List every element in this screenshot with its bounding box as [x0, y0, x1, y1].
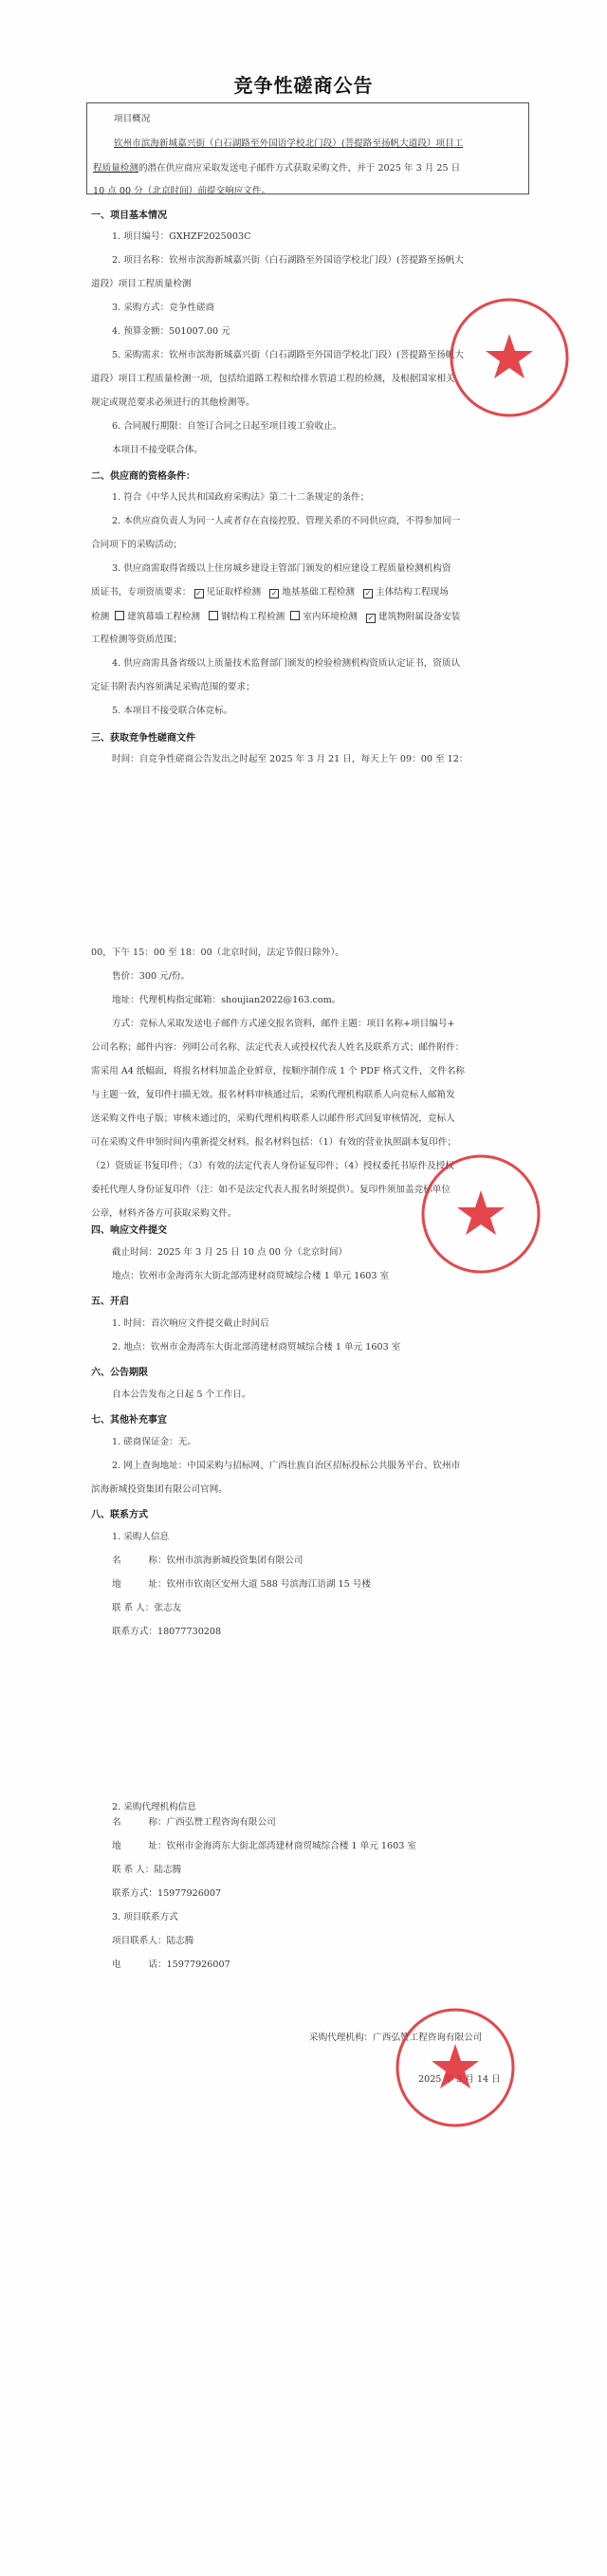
label: 地 址：	[112, 1841, 167, 1851]
method-line-2: 公司名称；邮件内容：列明公司名称、法定代表人或授权代表人姓名及联系方式；邮件附件…	[91, 1042, 464, 1054]
project-contact-person: 项目联系人：陆志腾	[112, 1936, 193, 1947]
document-price: 售价：300 元/份。	[112, 971, 190, 983]
procurement-method: 3. 采购方式：竞争性磋商	[112, 303, 214, 314]
section-6-heading: 六、公告期限	[91, 1364, 148, 1378]
qualification-3-line-4: 工程检测等资质范围；	[91, 635, 182, 646]
agency-phone: 联系方式：15977926007	[112, 1888, 221, 1900]
value: 陆志腾	[154, 1865, 181, 1875]
company-seal-stamp-1	[448, 296, 571, 419]
label: 电 话：	[112, 1960, 167, 1970]
checkbox-label: 建筑物附属设备安装	[378, 612, 460, 622]
section-3-heading: 三、获取竞争性磋商文件	[91, 729, 195, 744]
summary-line-3: 10 点 00 分（北京时间）前提交响应文件。	[93, 186, 270, 197]
no-consortium-note: 本项目不接受联合体。	[112, 445, 203, 456]
purchaser-address: 地 址：钦州市钦南区安州大道 588 号滨海江语湖 15 号楼	[112, 1579, 371, 1591]
opening-location: 2. 地点：钦州市金海湾东大街北部湾建材商贸城综合楼 1 单元 1603 室	[112, 1342, 400, 1353]
method-line-9: 公章，材料齐备方可获取采购文件。	[91, 1208, 237, 1220]
online-query-line-2: 滨海新城投资集团有限公司官网。	[91, 1484, 228, 1496]
method-line-4: 与主题一致，复印件扫描无效。报名材料审核通过后，采购代理机构联系人向竞标人邮箱发	[91, 1090, 455, 1101]
seal-icon	[394, 2006, 517, 2129]
section-1-heading: 一、项目基本情况	[91, 207, 167, 221]
checkbox-main-structure: ✓	[363, 589, 373, 598]
checkbox-foundation: ✓	[269, 589, 279, 598]
document-title: 竞争性磋商公告	[0, 70, 607, 98]
purchaser-heading: 1. 采购人信息	[112, 1532, 169, 1543]
summary-project-name-end: 程质量检测	[93, 163, 138, 174]
requirement-line-3: 规定或规范要求必须进行的其他检测等。	[91, 397, 255, 409]
checkbox-curtain-wall	[115, 611, 124, 620]
opening-time: 1. 时间：首次响应文件提交截止时间后	[112, 1318, 269, 1330]
summary-line-2: 程质量检测的潜在供应商应采取发送电子邮件方式获取采购文件，并于 2025 年 3…	[93, 163, 460, 175]
notice-period: 自本公告发布之日起 5 个工作日。	[112, 1389, 251, 1401]
online-query-line-1: 2. 网上查询地址：中国采购与招标网、广西壮族自治区招标投标公共服务平台、钦州市	[112, 1461, 460, 1472]
company-seal-stamp-3	[394, 2006, 517, 2129]
value: 张志友	[154, 1603, 181, 1613]
value: 15977926007	[157, 1888, 221, 1899]
section-4-heading: 四、响应文件提交	[91, 1222, 167, 1236]
qualification-1: 1. 符合《中华人民共和国政府采购法》第二十二条规定的条件；	[112, 492, 369, 504]
section-2-heading: 二、供应商的资格条件：	[91, 468, 195, 482]
label: 地 址：	[112, 1579, 167, 1590]
qualification-4-line-1: 4. 供应商需具备省级以上质量技术监督部门颁发的检验检测机构资质认定证书，资质认	[112, 658, 460, 670]
budget-amount: 4. 预算金额：501007.00 元	[112, 326, 230, 338]
section-8-heading: 八、联系方式	[91, 1506, 148, 1520]
seal-icon	[448, 296, 571, 419]
checkbox-label: 地基基础工程检测	[282, 587, 355, 598]
checkbox-building-equipment: ✓	[366, 614, 376, 623]
purchaser-contact: 联 系 人：张志友	[112, 1603, 181, 1614]
agency-heading: 2. 采购代理机构信息	[112, 1802, 196, 1813]
label: 名 称：	[112, 1817, 167, 1828]
checkbox-steel-structure	[209, 611, 218, 620]
value: 18077730208	[157, 1627, 221, 1637]
label: 名 称：	[112, 1555, 167, 1566]
label: 项目联系人：	[112, 1936, 167, 1946]
project-name-line-1: 2. 项目名称：钦州市滨海新城嘉兴街（白石湖路至外国语学校北门段）(菩提路至扬帆…	[112, 255, 464, 267]
qualification-prefix-2: 检测	[91, 612, 109, 622]
method-line-6: 可在采购文件申领时间内重新提交材料。报名材料包括：（1）有效的营业执照副本复印件…	[91, 1137, 456, 1149]
summary-project-name: 钦州市滨海新城嘉兴街（白石湖路至外国语学校北门段）(菩提路至扬帆大道段）项目工	[114, 138, 463, 150]
section-7-heading: 七、其他补充事宜	[91, 1411, 167, 1426]
method-line-5: 送采购文件电子版；审核未通过的，采购代理机构联系人以邮件形式回复审核情况，竞标人	[91, 1113, 455, 1125]
agency-contact: 联 系 人：陆志腾	[112, 1865, 181, 1876]
section-5-heading: 五、开启	[91, 1293, 129, 1307]
method-line-3: 需采用 A4 纸幅面，将报名材料加盖企业鲜章，按顺序制作成 1 个 PDF 格式…	[91, 1066, 465, 1077]
value: 钦州市金海湾东大街北部湾建材商贸城综合楼 1 单元 1603 室	[167, 1841, 416, 1851]
checkbox-indoor-environment	[290, 611, 300, 620]
value: 钦州市钦南区安州大道 588 号滨海江语湖 15 号楼	[167, 1579, 371, 1590]
purchaser-name: 名 称：钦州市滨海新城投资集团有限公司	[112, 1555, 303, 1567]
qualification-2-line-1: 2. 本供应商负责人为同一人或者存在直接控股、管理关系的不同供应商，不得参加同一	[112, 516, 460, 527]
project-number: 1. 项目编号：GXHZF2025003C	[112, 231, 250, 243]
deposit: 1. 磋商保证金：无。	[112, 1437, 196, 1448]
summary-line-2-text: 的潜在供应商应采取发送电子邮件方式获取采购文件，并于 2025 年 3 月 25…	[138, 163, 460, 174]
checkbox-label: 建筑幕墙工程检测	[127, 612, 200, 622]
checkbox-label: 室内环境检测	[303, 612, 358, 622]
purchaser-phone: 联系方式：18077730208	[112, 1627, 221, 1638]
qualification-5: 5. 本项目不接受联合体竞标。	[112, 706, 232, 717]
qualification-4-line-2: 定证书附表内容须满足采购范围的要求；	[91, 682, 255, 693]
qualification-2-line-2: 合同项下的采购活动；	[91, 540, 182, 551]
qualification-3-line-2: 质证书，专项资质要求：✓见证取样检测 ✓地基基础工程检测 ✓主体结构工程现场	[91, 587, 449, 598]
project-name-line-2: 道段）项目工程质量检测	[91, 279, 192, 290]
label: 联系方式：	[112, 1627, 157, 1637]
label: 联 系 人：	[112, 1603, 154, 1613]
agency-name: 名 称：广西弘赞工程咨询有限公司	[112, 1817, 276, 1829]
checkbox-label: 见证取样检测	[207, 587, 262, 598]
value: 15977926007	[167, 1960, 230, 1970]
qualification-prefix: 质证书，专项资质要求：	[91, 587, 192, 598]
value: 钦州市滨海新城投资集团有限公司	[167, 1555, 303, 1566]
checkbox-label: 钢结构工程检测	[221, 612, 285, 622]
company-seal-stamp-2	[419, 1152, 543, 1276]
qualification-3-line-1: 3. 供应商需取得省级以上住房城乡建设主管部门颁发的相应建设工程质量检测机构资	[112, 563, 451, 575]
contract-period: 6. 合同履行期限：自签订合同之日起至项目竣工验收止。	[112, 421, 341, 432]
checkbox-witness-sampling: ✓	[194, 589, 204, 598]
acquisition-time-line-2: 00，下午 15：00 至 18：00（北京时间，法定节假日除外）。	[91, 948, 344, 959]
label: 联系方式：	[112, 1888, 157, 1899]
label: 联 系 人：	[112, 1865, 154, 1875]
submission-location: 地点：钦州市金海湾东大街北部湾建材商贸城综合楼 1 单元 1603 室	[112, 1271, 389, 1282]
project-contact-phone: 电 话：15977926007	[112, 1960, 230, 1971]
method-line-8: 委托代理人身份证复印件（注：如不是法定代表人报名时须提供）。复印件须加盖竞标单位	[91, 1185, 451, 1196]
seal-icon	[419, 1152, 543, 1276]
value: 广西弘赞工程咨询有限公司	[167, 1817, 276, 1828]
qualification-3-line-3: 检测 建筑幕墙工程检测 钢结构工程检测 室内环境检测 ✓建筑物附属设备安装	[91, 611, 460, 623]
checkbox-label: 主体结构工程现场	[376, 587, 449, 598]
acquisition-email: 地址：代理机构指定邮箱：shoujian2022@163.com。	[112, 995, 340, 1006]
summary-heading: 项目概况	[114, 114, 150, 125]
agency-address: 地 址：钦州市金海湾东大街北部湾建材商贸城综合楼 1 单元 1603 室	[112, 1841, 416, 1852]
project-contact-heading: 3. 项目联系方式	[112, 1912, 178, 1923]
submission-deadline: 截止时间：2025 年 3 月 25 日 10 点 00 分（北京时间）	[112, 1247, 347, 1259]
value: 陆志腾	[167, 1936, 194, 1946]
requirement-line-2: 道段）项目工程质量检测一项，包括给道路工程和给排水管道工程的检测，及根据国家相关	[91, 374, 455, 385]
acquisition-time-line-1: 时间：自竞争性磋商公告发出之时起至 2025 年 3 月 21 日，每天上午 0…	[112, 754, 468, 765]
method-line-1: 方式：竞标人采取发送电子邮件方式递交报名资料，邮件主题：项目名称+项目编号+	[112, 1019, 454, 1030]
document-page: 竞争性磋商公告 项目概况 钦州市滨海新城嘉兴街（白石湖路至外国语学校北门段）(菩…	[0, 0, 607, 2576]
method-line-7: （2）资质证书复印件；（3）有效的法定代表人身份证复印件；（4）授权委托书原件及…	[91, 1161, 454, 1172]
requirement-line-1: 5. 采购需求：钦州市滨海新城嘉兴街（白石湖路至外国语学校北门段）(菩提路至扬帆…	[112, 350, 464, 361]
